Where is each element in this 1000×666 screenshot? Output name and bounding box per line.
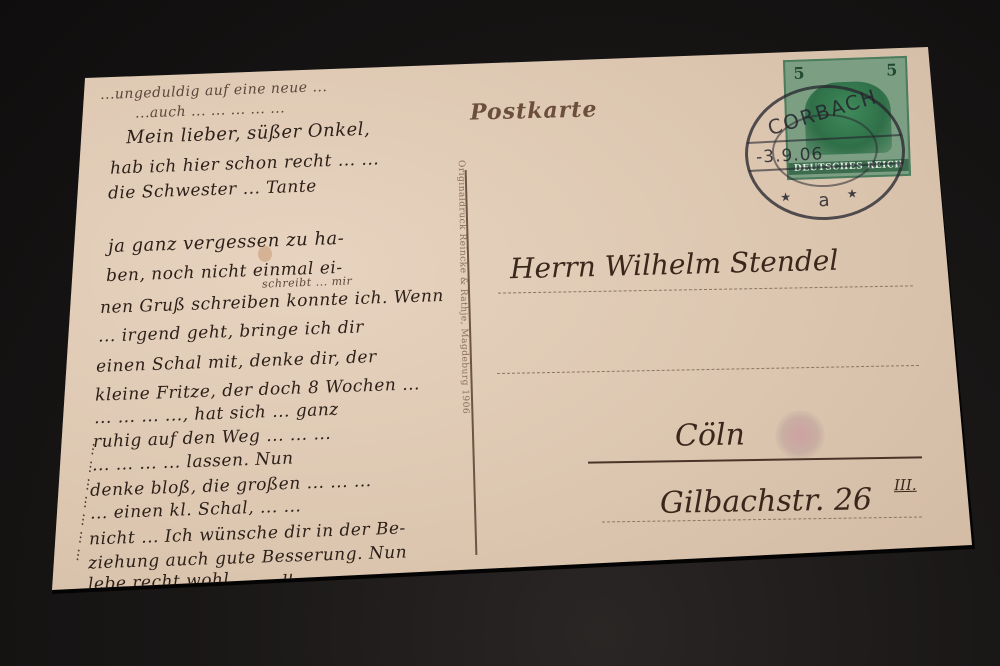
- address-recipient: Herrn Wilhelm Stendel: [510, 244, 839, 286]
- message-line: einen Schal mit, denke dir, der: [96, 347, 377, 377]
- message-line: die Schwester ... Tante: [108, 176, 317, 203]
- message-line: ... einen kl. Schal, ... ...: [90, 496, 302, 523]
- postmark-date: -3.9.06: [756, 144, 824, 167]
- postmark-letter: a: [818, 190, 830, 212]
- message-line: ... irgend geht, bringe ich dir: [98, 317, 364, 346]
- message-interlinear-note: schreibt ... mir: [262, 274, 353, 290]
- message-line: ja ganz vergessen zu ha-: [108, 228, 345, 257]
- address-street: Gilbachstr. 26: [660, 482, 873, 521]
- message-line: ...ungeduldig auf eine neue ...: [100, 79, 328, 103]
- message-greeting: Mein lieber, süßer Onkel,: [126, 119, 371, 149]
- message-line: kleine Fritze, der doch 8 Wochen ...: [95, 374, 421, 405]
- stamp-value-right: 5: [886, 60, 898, 79]
- message-line: ... ... ... ... lassen. Nun: [92, 448, 294, 475]
- address-line-1: [498, 285, 913, 293]
- message-line: nen Gruß schreiben konnte ich. Wenn: [100, 286, 444, 318]
- address-city-underline: [588, 456, 922, 463]
- stamp-value-left: 5: [793, 63, 805, 82]
- address-floor: III.: [894, 476, 917, 494]
- address-line-2: [497, 365, 919, 374]
- address-city: Cöln: [675, 417, 746, 453]
- message-line: hab ich hier schon recht ... ...: [110, 149, 380, 178]
- message-line: ...auch ... ... ... ... ...: [135, 100, 286, 121]
- ink-smudge: [775, 410, 825, 460]
- message-line: denke bloß, die großen ... ... ...: [90, 471, 372, 501]
- message-line: ruhig auf den Weg ... ... ...: [93, 424, 332, 452]
- printed-title: Postkarte: [470, 96, 598, 125]
